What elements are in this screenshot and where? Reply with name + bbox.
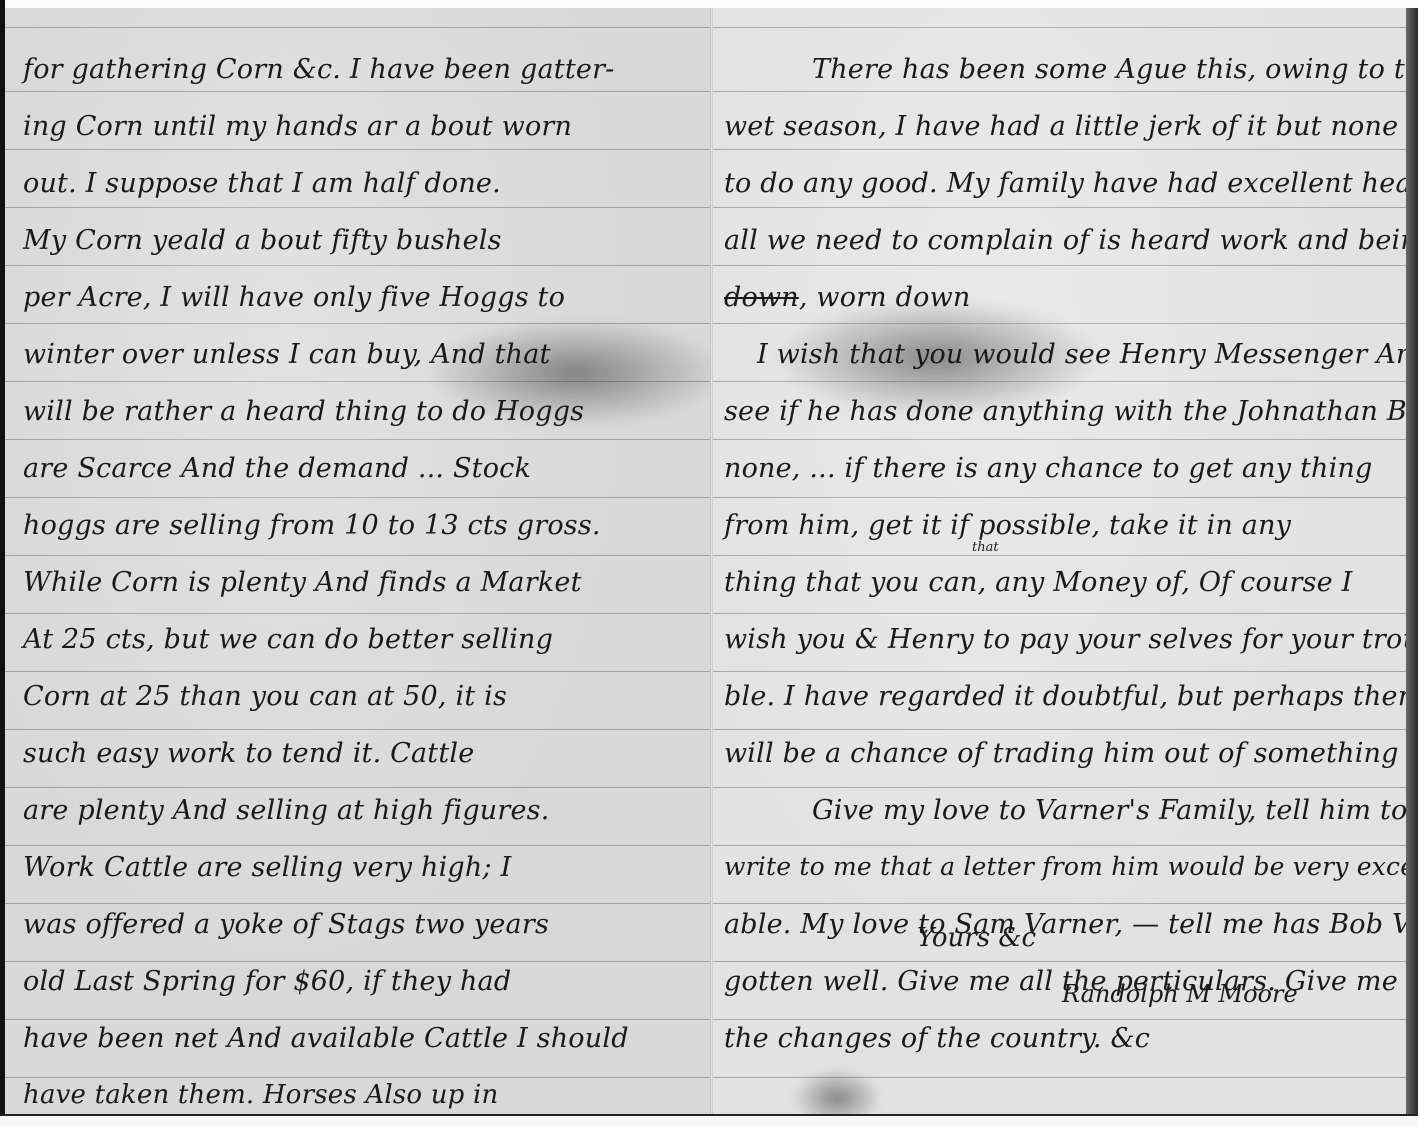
letter-line: to do any good. My family have had excel… <box>724 168 1406 199</box>
letter-line: will be rather a heard thing to do Hoggs <box>23 396 584 427</box>
letter-line: was offered a yoke of Stags two years <box>23 909 549 940</box>
water-stain <box>792 1068 882 1116</box>
letter-line: thing that you can, any Money of, Of cou… <box>724 567 1353 598</box>
letter-line: per Acre, I will have only five Hoggs to <box>23 282 565 313</box>
letter-line: none, ... if there is any chance to get … <box>724 453 1373 484</box>
letter-line: write to me that a letter from him would… <box>724 852 1406 881</box>
right-page: There has been some Ague this, owing to … <box>712 8 1406 1116</box>
closing: Yours &c <box>917 923 1036 953</box>
scan-right-edge <box>1406 8 1418 1118</box>
letter-line: are Scarce And the demand ... Stock <box>23 453 531 484</box>
letter-line: the changes of the country. &c <box>724 1023 1150 1054</box>
letter-line: There has been some Ague this, owing to … <box>812 54 1406 85</box>
letter-line: wish you & Henry to pay your selves for … <box>724 624 1406 655</box>
center-fold <box>710 8 713 1116</box>
letter-line: Give my love to Varner's Family, tell hi… <box>812 795 1406 826</box>
letter-line: old Last Spring for $60, if they had <box>23 966 511 997</box>
scan-bottom-edge <box>0 1114 1418 1126</box>
letter-line: At 25 cts, but we can do better selling <box>23 624 553 655</box>
letter-line: While Corn is plenty And finds a Market <box>23 567 582 598</box>
letter-line: winter over unless I can buy, And that <box>23 339 551 370</box>
letter-line: Work Cattle are selling very high; I <box>23 852 511 883</box>
left-page: for gathering Corn &c. I have been gatte… <box>5 8 711 1116</box>
letter-line: all we need to complain of is heard work… <box>724 225 1406 256</box>
signature: Randolph M Moore <box>1062 980 1298 1008</box>
letter-line: have taken them. Horses Also up in <box>23 1080 498 1110</box>
letter-line: Corn at 25 than you can at 50, it is <box>23 681 507 712</box>
struck-word: down <box>724 282 799 313</box>
letter-line: able. My love to Sam Varner, — tell me h… <box>724 909 1406 940</box>
letter-line-text: worn down <box>816 282 970 313</box>
letter-line: I wish that you would see Henry Messenge… <box>757 339 1406 370</box>
letter-line: from him, get it if possible, take it in… <box>724 510 1291 541</box>
letter-line: My Corn yeald a bout fifty bushels <box>23 225 502 256</box>
letter-line: ble. I have regarded it doubtful, but pe… <box>724 681 1406 712</box>
letter-line: down, worn down <box>724 282 971 313</box>
letter-line: out. I suppose that I am half done. <box>23 168 501 199</box>
letter-line: hoggs are selling from 10 to 13 cts gros… <box>23 510 601 541</box>
inserted-word: that <box>972 540 999 555</box>
letter-line: will be a chance of trading him out of s… <box>724 738 1399 769</box>
letter-line: such easy work to tend it. Cattle <box>23 738 474 769</box>
letter-line: for gathering Corn &c. I have been gatte… <box>23 54 615 85</box>
letter-line: have been net And available Cattle I sho… <box>23 1023 629 1054</box>
letter-line: ing Corn until my hands ar a bout worn <box>23 111 572 142</box>
scanned-letter: for gathering Corn &c. I have been gatte… <box>0 0 1418 1126</box>
letter-line: wet season, I have had a little jerk of … <box>724 111 1398 142</box>
letter-line: see if he has done anything with the Joh… <box>724 396 1406 427</box>
letter-line: are plenty And selling at high figures. <box>23 795 550 826</box>
